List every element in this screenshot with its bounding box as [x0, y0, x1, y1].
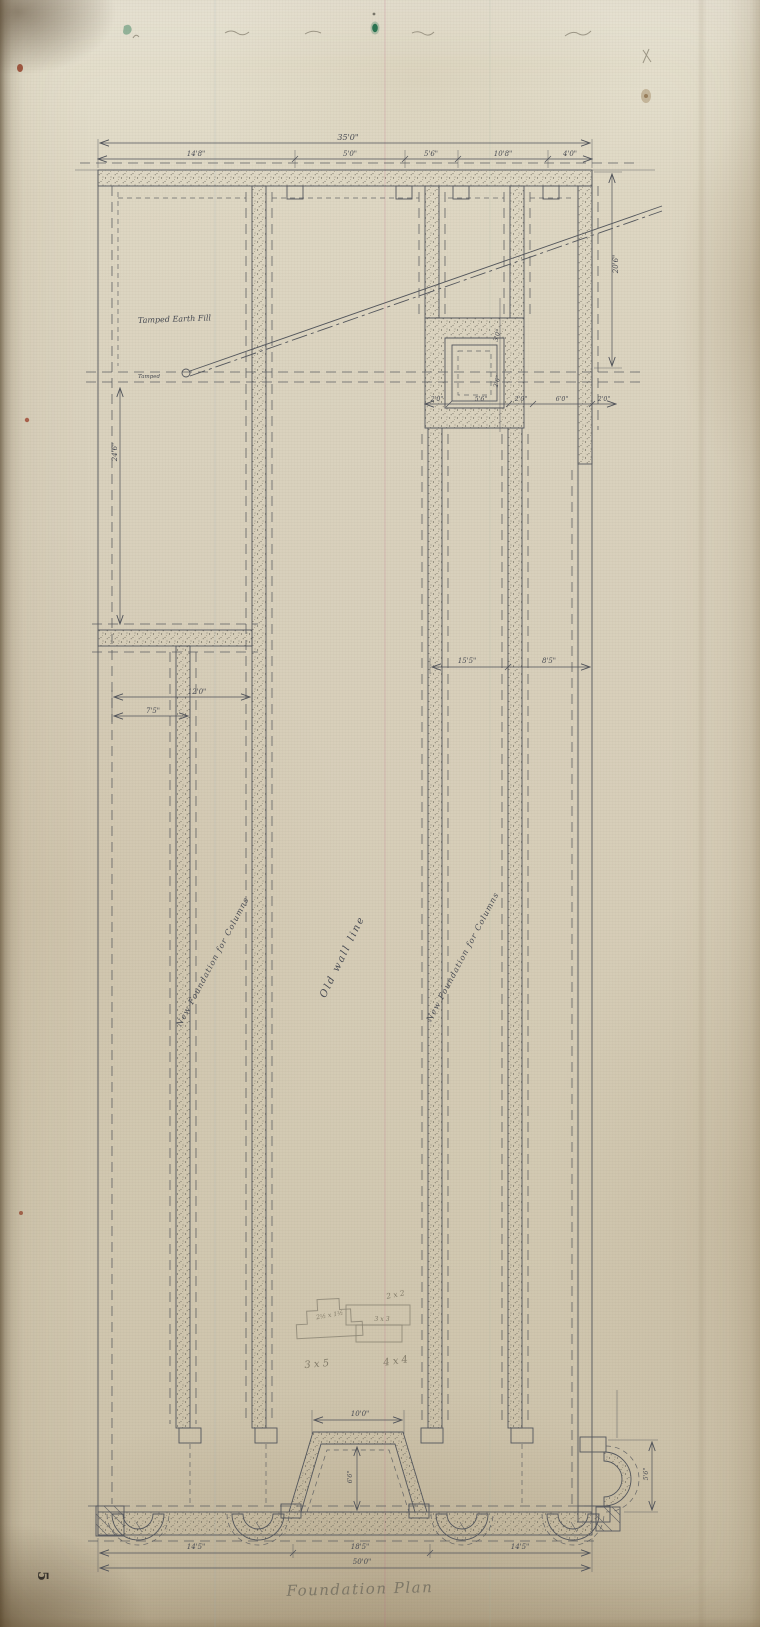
- dim-left-mid-1: 12'0": [188, 688, 207, 696]
- pencil-scribble: [565, 31, 591, 36]
- sketch-left-caption: 3 x 5: [304, 1358, 330, 1371]
- note-old-wall-line: Old wall line: [318, 914, 367, 1000]
- dim-top-seg-4: 10'8": [494, 150, 513, 158]
- bottom-wall-band: [98, 1512, 592, 1535]
- interior-wall-b: [428, 428, 442, 1428]
- interior-wall-l1: [176, 646, 190, 1428]
- survey-point-circle: [182, 369, 190, 377]
- foundation-plan-svg: 35'0" 14'8" 5'0" 5'6" 10'8" 4'0": [0, 0, 760, 1627]
- pencil-x-mark: [643, 49, 651, 63]
- column-labels: New Foundation for Columns Old wall line…: [174, 891, 501, 1029]
- top-wall: [75, 163, 655, 366]
- interior-wall-b-upper: [425, 186, 439, 318]
- interior-wall-c: [508, 428, 522, 1428]
- top-wall-band: [98, 170, 592, 186]
- chimney-dim-2: 5'6": [475, 396, 488, 403]
- sketch-right-top-label: 2 x 2: [384, 1288, 405, 1301]
- wall-pier: [543, 186, 559, 199]
- red-spot-left-lower: [19, 1211, 23, 1215]
- drawing-title: Foundation Plan: [285, 1578, 433, 1600]
- chimney-inner-dashed: [458, 351, 491, 395]
- wall-pier: [453, 186, 469, 199]
- red-spot-top-left: [17, 64, 23, 72]
- dim-right-mid-1: 15'5": [458, 657, 477, 665]
- dim-bay-width: 10'0": [351, 1410, 370, 1418]
- dim-top-seg-1: 14'8": [187, 150, 206, 158]
- tamped-earth-fill-label: Tamped Earth Fill: [138, 313, 212, 325]
- dim-top-seg-5: 4'0": [562, 150, 577, 158]
- dim-top-seg-3: 5'6": [424, 150, 438, 158]
- dim-left-mid-2: 7'5": [146, 707, 160, 715]
- wall-end-pier: [179, 1428, 201, 1443]
- sketch-right-mid-label: 3 x 3: [374, 1316, 389, 1323]
- pencil-scribble: [412, 32, 434, 35]
- green-ink-halo: [371, 22, 380, 35]
- dim-top-overall: 35'0": [337, 133, 358, 142]
- tamped-point-label: Tamped: [138, 374, 161, 380]
- title-block: Foundation Plan: [285, 1578, 433, 1600]
- sheet-number: 5: [34, 1571, 50, 1581]
- sheet-number-block: 5: [34, 1571, 50, 1581]
- pencil-scribble: [225, 31, 249, 35]
- upper-side-dimensions: 20'6" 24'6": [111, 172, 622, 624]
- dim-bottom-seg-2: 18'5": [351, 1543, 370, 1551]
- chimney-dim-3: 2'0": [514, 396, 528, 403]
- sketch-left-top-label: 2½ x 1½: [315, 1310, 344, 1322]
- pencil-scribble: [305, 31, 321, 34]
- green-smudge: [123, 25, 132, 35]
- dark-speck: [373, 13, 376, 16]
- old-wall-lines: Tamped Tamped Earth Fill: [86, 206, 662, 382]
- wall-pier: [287, 186, 303, 199]
- dim-bay-depth: 6'6": [347, 1471, 354, 1484]
- dim-bottom-overall: 50'0": [353, 1558, 372, 1566]
- wall-end-pier: [255, 1428, 277, 1443]
- interior-wall-c-upper: [510, 186, 524, 318]
- dim-bottom-seg-1: 14'5": [187, 1543, 206, 1551]
- dim-bottom-seg-3: 14'5": [511, 1543, 530, 1551]
- chimney-stipple-ring: [425, 318, 524, 428]
- wall-pier: [396, 186, 412, 199]
- chimney-inner-dim-2: 2'6": [492, 375, 502, 390]
- bay-wall-stipple: [289, 1432, 427, 1512]
- corner-shoulder-top: [580, 1437, 606, 1452]
- wall-end-pier: [511, 1428, 533, 1443]
- stub-wall: [92, 624, 258, 652]
- dim-left-room: 24'6": [111, 443, 119, 463]
- dim-right-mid-2: 8'5": [542, 657, 556, 665]
- brown-stain-center: [644, 94, 648, 98]
- bay-inner-dashed: [307, 1450, 409, 1512]
- chimney-dim-4: 6'0": [556, 396, 569, 403]
- pencil-scribbles: [133, 31, 651, 63]
- chimney-dim-5: 2'0": [597, 396, 611, 403]
- sketch-right-caption: 4 x 4: [382, 1354, 409, 1368]
- red-spot-left: [25, 418, 29, 422]
- pencil-scribble: [133, 35, 139, 38]
- corner-round-bay: [604, 1452, 631, 1506]
- footing-sketches: 2½ x 1½ 3 x 5 2 x 2 3 x 3 4 x 4: [295, 1288, 410, 1371]
- dim-top-seg-2: 5'0": [343, 150, 357, 158]
- bottom-dimensions: 14'5" 18'5" 14'5" 50'0": [98, 1538, 592, 1572]
- wall-end-pier: [421, 1428, 443, 1443]
- corner-detail: 5'6": [578, 1390, 658, 1531]
- chimney-dim-1: 2'0": [430, 396, 444, 403]
- dim-right-upper: 20'6": [612, 255, 620, 275]
- bay-window: 10'0" 6'6": [281, 1410, 429, 1518]
- stub-wall-band: [98, 630, 252, 646]
- dim-corner-bay: 5'6": [643, 1468, 650, 1481]
- right-wall-stipple: [578, 186, 592, 464]
- bottom-wall: [88, 1506, 604, 1545]
